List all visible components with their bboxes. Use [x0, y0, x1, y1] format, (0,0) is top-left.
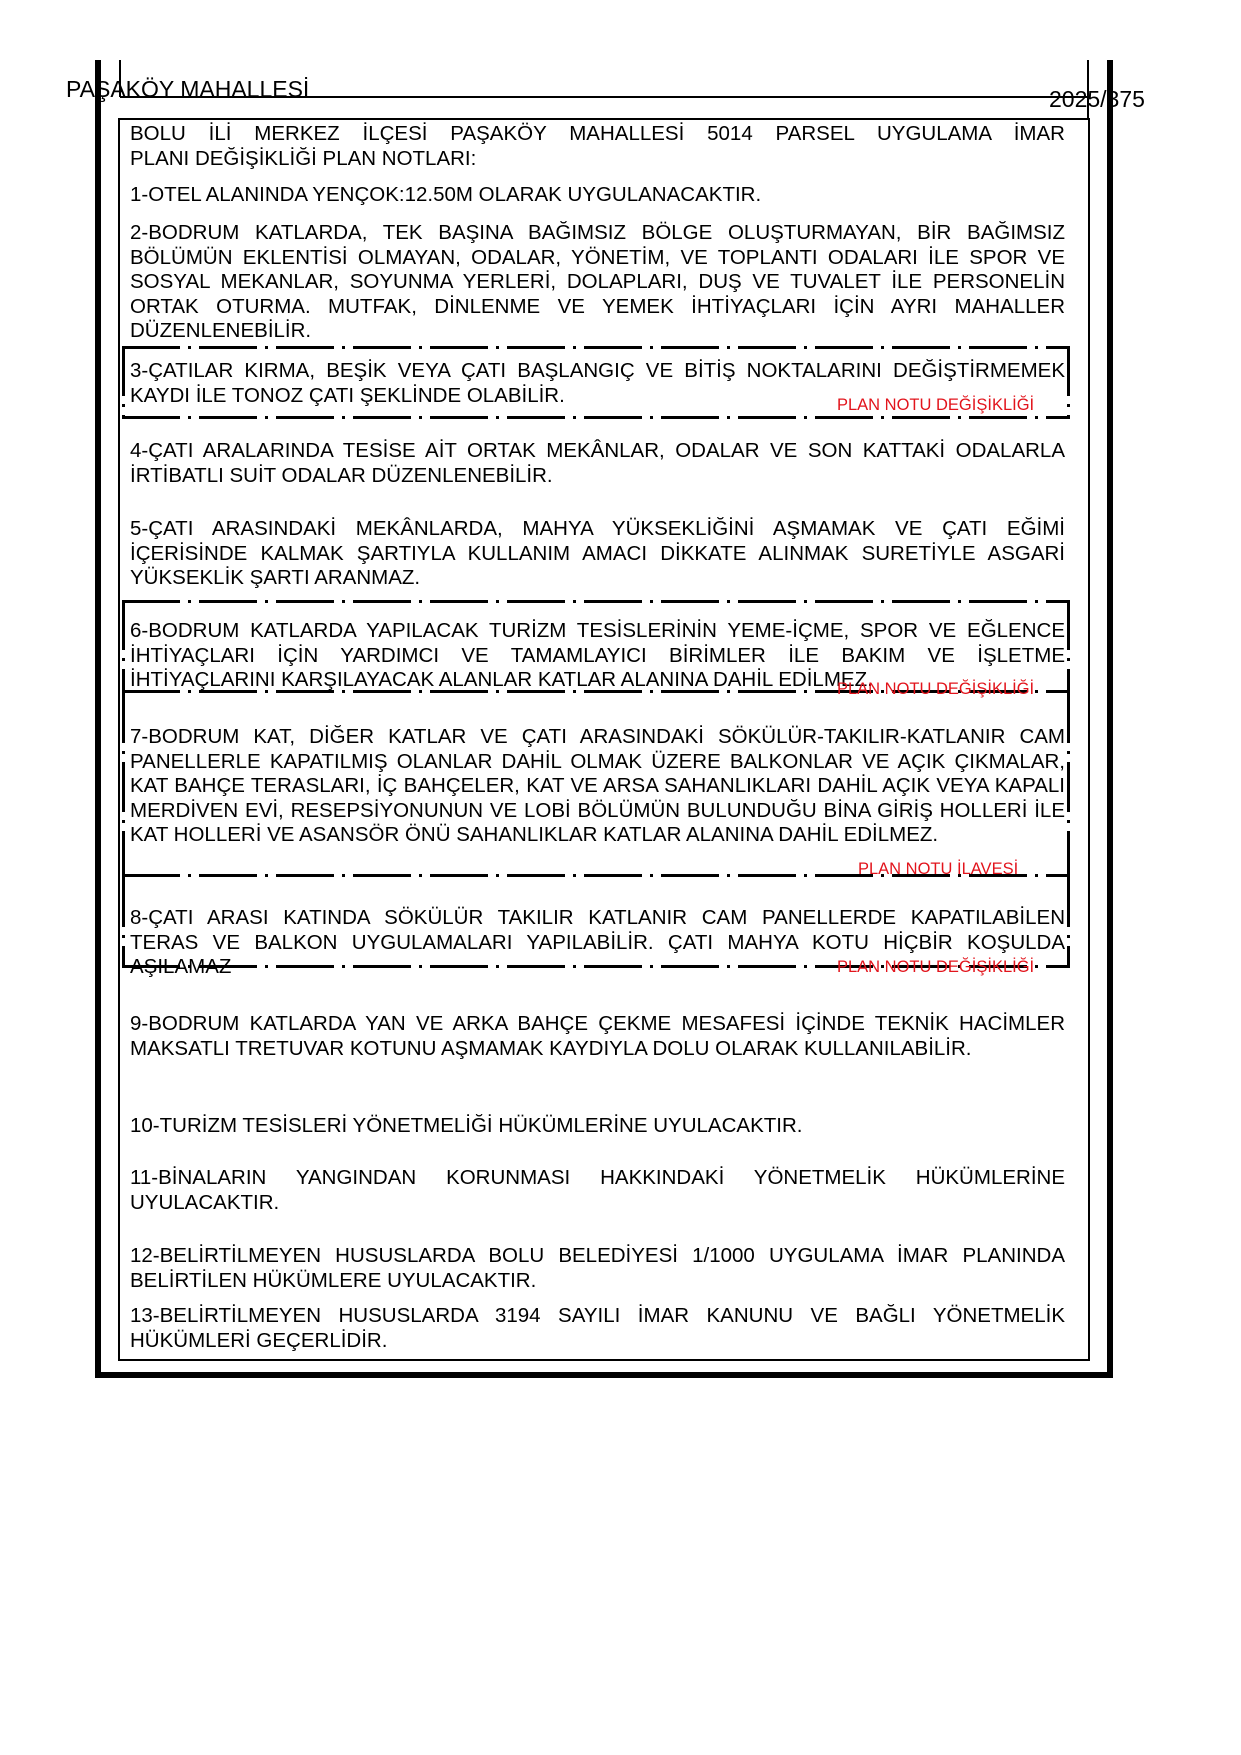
outer-frame-left-inner [119, 60, 121, 97]
annotation-note-7: PLAN NOTU İLAVESİ [858, 860, 1018, 878]
document-title: BOLU İLİ MERKEZ İLÇESİ PAŞAKÖY MAHALLESİ… [130, 122, 1065, 171]
outer-frame-bottom [95, 1372, 1113, 1378]
plan-note-12: 12-BELİRTİLMEYEN HUSUSLARDA BOLU BELEDİY… [130, 1244, 1065, 1293]
plan-note-7: 7-BODRUM KAT, DİĞER KATLAR VE ÇATI ARASI… [130, 725, 1065, 848]
plan-note-13: 13-BELİRTİLMEYEN HUSUSLARDA 3194 SAYILI … [130, 1304, 1065, 1353]
plan-note-4: 4-ÇATI ARALARINDA TESİSE AİT ORTAK MEKÂN… [130, 439, 1065, 488]
header-rule [120, 96, 1088, 98]
title-line-2: PLANI DEĞİŞİKLİĞİ PLAN NOTLARI: [130, 147, 1065, 172]
title-line-1: BOLU İLİ MERKEZ İLÇESİ PAŞAKÖY MAHALLESİ… [130, 122, 1065, 147]
annotation-note-8: PLAN NOTU DEĞİŞİKLİĞİ [837, 958, 1034, 976]
neighborhood-label: PAŞAKÖY MAHALLESİ [66, 76, 309, 102]
plan-note-11: 11-BİNALARIN YANGINDAN KORUNMASI HAKKIND… [130, 1166, 1065, 1215]
outer-frame-right [1107, 60, 1113, 1378]
reference-number: 2025/375 [1049, 86, 1145, 112]
annotation-note-3: PLAN NOTU DEĞİŞİKLİĞİ [837, 396, 1034, 414]
plan-note-5: 5-ÇATI ARASINDAKİ MEKÂNLARDA, MAHYA YÜKS… [130, 517, 1065, 591]
plan-note-2: 2-BODRUM KATLARDA, TEK BAŞINA BAĞIMSIZ B… [130, 221, 1065, 344]
plan-note-1: 1-OTEL ALANINDA YENÇOK:12.50M OLARAK UYG… [130, 183, 1065, 208]
outer-frame-left [95, 60, 101, 1378]
plan-note-9: 9-BODRUM KATLARDA YAN VE ARKA BAHÇE ÇEKM… [130, 1012, 1065, 1061]
outer-frame-right-inner [1087, 60, 1089, 120]
plan-note-10: 10-TURİZM TESİSLERİ YÖNETMELİĞİ HÜKÜMLER… [130, 1114, 1065, 1139]
